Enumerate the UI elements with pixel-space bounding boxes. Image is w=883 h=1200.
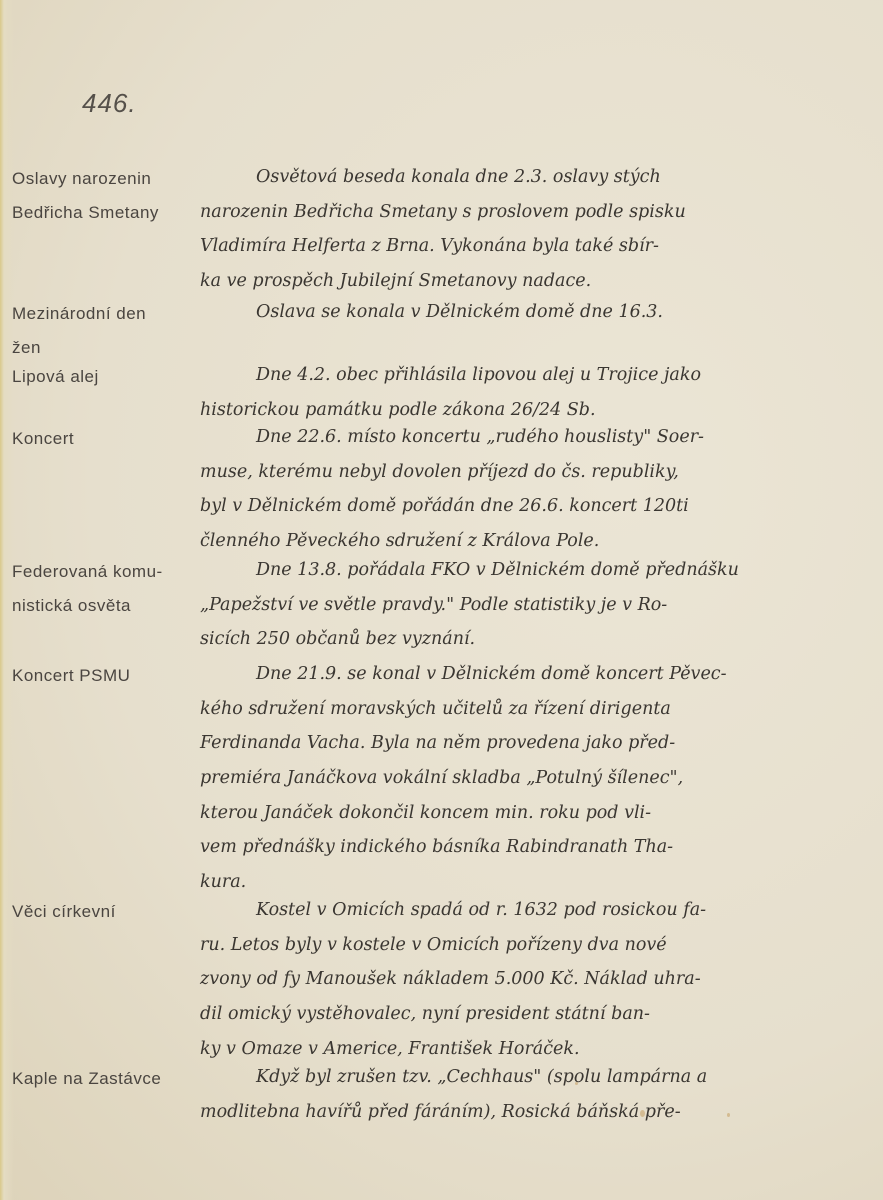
text-line: modlitebna havířů před fáráním), Rosická…: [200, 1095, 850, 1130]
entry-body: Dne 22.6. místo koncertu „rudého houslis…: [200, 420, 850, 559]
text-line: narozenin Bedřicha Smetany s proslovem p…: [200, 195, 850, 230]
handwritten-chronicle-page: 446. Oslavy narozenin Bedřicha Smetany O…: [0, 0, 883, 1200]
margin-heading-line: Bedřicha Smetany: [12, 196, 197, 230]
margin-heading: Kaple na Zastávce: [12, 1062, 197, 1096]
margin-heading-line: nistická osvěta: [12, 589, 197, 623]
margin-heading-line: Kaple na Zastávce: [12, 1062, 197, 1096]
entry-body: Dne 13.8. pořádala FKO v Dělnickém domě …: [200, 553, 850, 657]
margin-heading-line: Oslavy narozenin: [12, 162, 197, 196]
margin-heading: Federovaná komu- nistická osvěta: [12, 555, 197, 623]
paper-stain: [727, 1113, 730, 1117]
text-line: Oslava se konala v Dělnickém domě dne 16…: [200, 295, 850, 330]
margin-heading: Koncert: [12, 422, 197, 456]
text-line: Dne 13.8. pořádala FKO v Dělnickém domě …: [200, 553, 850, 588]
margin-heading-line: Koncert: [12, 422, 197, 456]
margin-heading-line: Federovaná komu-: [12, 555, 197, 589]
entry-body: Dne 21.9. se konal v Dělnickém domě konc…: [200, 657, 850, 900]
text-line: sicích 250 občanů bez vyznání.: [200, 622, 850, 657]
margin-heading-line: Mezinárodní den: [12, 297, 197, 331]
page-number: 446.: [82, 88, 137, 119]
entry-body: Oslava se konala v Dělnickém domě dne 16…: [200, 295, 850, 330]
text-line: zvony od fy Manoušek nákladem 5.000 Kč. …: [200, 962, 850, 997]
text-line: ru. Letos byly v kostele v Omicích poříz…: [200, 928, 850, 963]
entry-body: Osvětová beseda konala dne 2.3. oslavy s…: [200, 160, 850, 299]
text-line: Osvětová beseda konala dne 2.3. oslavy s…: [200, 160, 850, 195]
margin-heading-line: Věci církevní: [12, 895, 197, 929]
text-line: Dne 4.2. obec přihlásila lipovou alej u …: [200, 358, 850, 393]
text-line: kého sdružení moravských učitelů za říze…: [200, 692, 850, 727]
text-line: kterou Janáček dokončil koncem min. roku…: [200, 796, 850, 831]
margin-heading: Věci církevní: [12, 895, 197, 929]
margin-heading: Lipová alej: [12, 360, 197, 394]
margin-heading-line: Koncert PSMU: [12, 659, 197, 693]
text-line: Vladimíra Helferta z Brna. Vykonána byla…: [200, 229, 850, 264]
text-line: ka ve prospěch Jubilejní Smetanovy nadac…: [200, 264, 850, 299]
entry-body: Dne 4.2. obec přihlásila lipovou alej u …: [200, 358, 850, 427]
text-line: Dne 21.9. se konal v Dělnickém domě konc…: [200, 657, 850, 692]
text-line: Kostel v Omicích spadá od r. 1632 pod ro…: [200, 893, 850, 928]
entry-body: Když byl zrušen tzv. „Cechhaus" (spolu l…: [200, 1060, 850, 1129]
paper-stain: [575, 1082, 578, 1085]
margin-heading-line: Lipová alej: [12, 360, 197, 394]
margin-heading: Koncert PSMU: [12, 659, 197, 693]
text-line: muse, kterému nebyl dovolen příjezd do č…: [200, 455, 850, 490]
text-line: Když byl zrušen tzv. „Cechhaus" (spolu l…: [200, 1060, 850, 1095]
text-line: Ferdinanda Vacha. Byla na něm provedena …: [200, 726, 850, 761]
margin-heading: Oslavy narozenin Bedřicha Smetany: [12, 162, 197, 230]
entry-body: Kostel v Omicích spadá od r. 1632 pod ro…: [200, 893, 850, 1066]
margin-heading: Mezinárodní den žen: [12, 297, 197, 365]
text-line: „Papežství ve světle pravdy." Podle stat…: [200, 588, 850, 623]
text-line: dil omický vystěhovalec, nyní president …: [200, 997, 850, 1032]
text-line: premiéra Janáčkova vokální skladba „Potu…: [200, 761, 850, 796]
text-line: byl v Dělnickém domě pořádán dne 26.6. k…: [200, 489, 850, 524]
text-line: vem přednášky indického básníka Rabindra…: [200, 830, 850, 865]
text-line: Dne 22.6. místo koncertu „rudého houslis…: [200, 420, 850, 455]
paper-stain: [640, 1110, 645, 1117]
